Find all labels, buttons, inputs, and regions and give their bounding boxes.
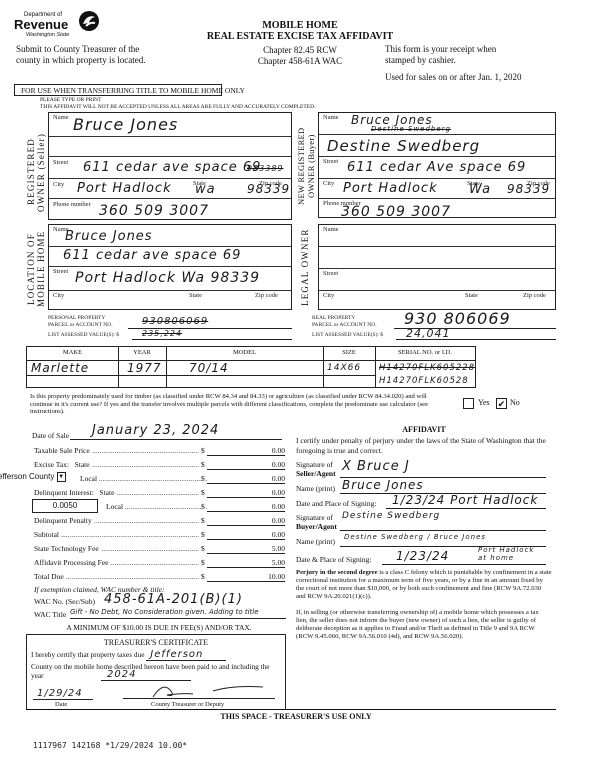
- legal-owner-state-label: State: [465, 292, 478, 299]
- serial-value[interactable]: H14270FLK60528: [379, 376, 469, 386]
- buyer-street-row[interactable]: Street 611 cedar Ave space 69: [319, 157, 555, 179]
- fee-value[interactable]: 10.00: [207, 572, 285, 582]
- seller-sig-label-2: Seller/Agent: [296, 469, 336, 478]
- col-year-header: YEAR: [118, 349, 166, 356]
- seller-street-row[interactable]: Street 611 cedar ave space 69 983389: [49, 157, 291, 179]
- fee-currency: $: [201, 516, 205, 525]
- col-make-header: MAKE: [27, 349, 118, 356]
- timber-question: Is this property predominately used for …: [30, 393, 435, 416]
- fee-value[interactable]: 0.00: [207, 460, 285, 470]
- treasurer-certificate: TREASURER'S CERTIFICATE I hereby certify…: [26, 634, 286, 710]
- fee-row-taxable-sale-price: ........................................…: [34, 444, 292, 458]
- treasurer-signature[interactable]: [123, 681, 275, 699]
- seller-city-row[interactable]: City Port Hadlock State wa Zip code 9833…: [49, 179, 291, 199]
- interest-rate-value: 0.0050: [53, 501, 77, 510]
- fee-currency: $: [201, 460, 205, 469]
- buyer-date-place-field[interactable]: 1/23/24 Port Hadlock at home: [382, 550, 546, 565]
- buyer-street-label: Street: [323, 158, 338, 165]
- seller-box: Name Bruce Jones Street 611 cedar ave sp…: [48, 112, 292, 220]
- fee-row-delinquent-penalty: ........................................…: [34, 514, 292, 528]
- perjury-bold: Perjury in the second degree: [296, 569, 378, 576]
- legal-owner-name-label: Name: [323, 226, 339, 233]
- col-size-header: SIZE: [323, 349, 375, 356]
- personal-assessed-label: LIST ASSESSED VALUE(S): $: [48, 332, 119, 338]
- seller-signature-value: X Bruce J: [342, 459, 410, 474]
- county-select-value: Jefferson County: [0, 472, 54, 481]
- location-box: Name Bruce Jones 611 cedar ave space 69 …: [48, 224, 292, 310]
- buyer-section-label: NEW REGISTERED OWNER (Buyer): [296, 112, 320, 220]
- date-of-sale-label: Date of Sale: [32, 431, 69, 440]
- seller-date-place-field[interactable]: 1/23/24 Port Hadlock: [386, 496, 546, 509]
- date-of-sale-value[interactable]: January 23, 2024: [92, 423, 219, 438]
- buyer-label-2: OWNER (Buyer): [306, 134, 316, 198]
- affidavit-title: AFFIDAVIT: [296, 425, 552, 434]
- fee-label: Local: [106, 502, 125, 511]
- real-parcel-label: PARCEL or ACCOUNT NO.: [312, 322, 377, 328]
- legal-owner-zip-label: Zip code: [523, 292, 546, 299]
- form-title-1: MOBILE HOME: [200, 20, 400, 31]
- treasurer-bottom-rule: [26, 709, 556, 710]
- location-state-label: State: [189, 292, 202, 299]
- treasurer-date-label: Date: [55, 701, 67, 708]
- seller-city-label: City: [53, 181, 64, 188]
- seller-name-row-2[interactable]: [49, 137, 291, 157]
- timber-no-checkbox[interactable]: ✔: [496, 398, 507, 409]
- location-section-label: LOCATION OF MOBILE HOME: [26, 226, 50, 312]
- seller-name-value[interactable]: Bruce Jones: [73, 115, 178, 134]
- timber-no-label: No: [510, 398, 520, 407]
- checkmark-icon: ✔: [498, 399, 506, 409]
- affidavit-certify: I certify under penalty of perjury under…: [296, 436, 552, 456]
- buyer-phone-value[interactable]: 360 509 3007: [341, 204, 451, 220]
- seller-street-value[interactable]: 611 cedar ave space 69: [83, 160, 261, 175]
- personal-property-label: PERSONAL PROPERTY: [48, 315, 105, 321]
- buyer-signature-row: Signature of Buyer/Agent Destine Swedber…: [296, 511, 552, 533]
- wac-title-row: WAC Title Gift - No Debt, No Considerati…: [34, 608, 290, 620]
- dor-swirl-logo-icon: [78, 10, 100, 32]
- fee-row-delinquent-interest-local: ........................................…: [106, 500, 292, 514]
- seller-name-row[interactable]: Name Bruce Jones: [49, 113, 291, 137]
- buyer-zip-value[interactable]: 98339: [507, 182, 550, 196]
- mobile-home-table: MAKE YEAR MODEL SIZE SERIAL NO. or I.D. …: [26, 346, 476, 388]
- seller-section-label: REGISTERED OWNER (Seller): [26, 112, 50, 232]
- fee-label: State Technology Fee: [34, 544, 101, 553]
- fee-currency: $: [201, 530, 205, 539]
- fee-currency: $: [201, 572, 205, 581]
- buyer-state-value[interactable]: Wa: [469, 182, 491, 197]
- seller-date-place-value[interactable]: 1/23/24 Port Hadlock: [392, 493, 538, 507]
- accept-note: THIS AFFIDAVIT WILL NOT BE ACCEPTED UNLE…: [40, 104, 315, 110]
- buyer-name-row[interactable]: Name Bruce Jones Destine Swedberg: [319, 113, 555, 135]
- receipt-note: This form is your receipt when stamped b…: [385, 44, 515, 66]
- buyer-signature-value: Destine Swedberg: [342, 511, 440, 521]
- serial-struck-value: H14270FLK605228: [379, 363, 475, 373]
- treasurer-date-value[interactable]: 1/29/24: [33, 688, 93, 700]
- fee-value[interactable]: 0.00: [207, 516, 285, 526]
- chapter-rcw: Chapter 82.45 RCW: [200, 45, 400, 55]
- buyer-box: Name Bruce Jones Destine Swedberg Destin…: [318, 112, 556, 218]
- buyer-phone-row[interactable]: Phone number 360 509 3007: [319, 199, 555, 219]
- location-city-row[interactable]: City State Zip code: [49, 291, 291, 311]
- interest-rate-field[interactable]: 0.0050: [32, 499, 98, 513]
- treasurer-use-only: THIS SPACE - TREASURER'S USE ONLY: [206, 712, 386, 721]
- seller-label-1: REGISTERED: [26, 139, 36, 206]
- seller-street-label: Street: [53, 159, 68, 166]
- treasurer-line-1: I hereby certify that property taxes due…: [31, 649, 281, 661]
- dor-logo-text-2: Revenue: [14, 17, 68, 32]
- fee-row-delinquent-interest-state: ........................................…: [34, 486, 292, 500]
- location-city-label: City: [53, 292, 64, 299]
- wac-no-value[interactable]: 458-61A-201(B)(1): [104, 592, 243, 607]
- fee-value[interactable]: 0.00: [207, 530, 285, 540]
- treasurer-title: TREASURER'S CERTIFICATE: [27, 638, 285, 647]
- personal-parcel-value: 930806069: [142, 316, 208, 327]
- seller-print-name-value[interactable]: Bruce Jones: [342, 478, 424, 492]
- fee-currency: $: [201, 502, 205, 511]
- personal-assessed-value: 235,224: [142, 329, 182, 338]
- signature-scribble-icon: [123, 681, 273, 699]
- fee-value[interactable]: 0.00: [207, 446, 285, 456]
- col-serial-header: SERIAL NO. or I.D.: [375, 349, 475, 356]
- chapter-wac: Chapter 458-61A WAC: [200, 56, 400, 66]
- fee-value[interactable]: 0.00: [207, 502, 285, 512]
- make-value[interactable]: Marlette: [31, 361, 89, 375]
- fee-label: Affidavit Processing Fee: [34, 558, 110, 567]
- seller-date-place-label: Date and Place of Signing:: [296, 499, 376, 508]
- lien-paragraph: If, in selling (or otherwise transferrin…: [296, 609, 552, 641]
- buyer-name-label: Name: [323, 114, 339, 121]
- wac-title-field[interactable]: Gift - No Debt, No Consideration given. …: [70, 608, 286, 619]
- buyer-city-label: City: [323, 180, 334, 187]
- fee-label: Excise Tax: State: [34, 460, 92, 469]
- buyer-name2-value[interactable]: Destine Swedberg: [327, 137, 480, 155]
- date-of-sale-row: Date of Sale January 23, 2024: [32, 426, 284, 442]
- legal-owner-city-row[interactable]: City State Zip code: [319, 291, 555, 311]
- legal-owner-name-row-2[interactable]: [319, 247, 555, 269]
- legal-owner-box: Name Street City State Zip code: [318, 224, 556, 310]
- use-when-banner: FOR USE WHEN TRANSFERRING TITLE TO MOBIL…: [14, 84, 222, 96]
- buyer-print-name-value[interactable]: Destine Swedberg / Bruce Jones: [344, 533, 486, 541]
- dor-logo-text-3: Washington State: [26, 32, 69, 38]
- date-of-sale-field[interactable]: January 23, 2024: [70, 426, 282, 440]
- minimum-note: A MINIMUM OF $10.00 IS DUE IN FEE(S) AND…: [34, 623, 284, 632]
- seller-date-place-row: Date and Place of Signing: 1/23/24 Port …: [296, 496, 552, 510]
- seller-signature-field[interactable]: X Bruce J: [340, 458, 546, 478]
- buyer-print-name-label: Name (print): [296, 537, 335, 546]
- buyer-sig-label-1: Signature of: [296, 513, 333, 522]
- buyer-city-row[interactable]: City Port Hadlock State Wa Zip code 9833…: [319, 179, 555, 199]
- wac-no-label: WAC No. (Sec/Sub): [34, 597, 95, 606]
- fee-currency: $: [201, 558, 205, 567]
- treasurer-year-value[interactable]: 2024: [101, 669, 191, 681]
- fee-currency: $: [201, 474, 205, 483]
- fee-label: Delinquent Interest: State: [34, 488, 116, 497]
- dor-logo: Department of Revenue Washington State: [14, 12, 94, 42]
- fee-currency: $: [201, 544, 205, 553]
- timber-yes-label: Yes: [478, 398, 490, 407]
- seller-phone-value[interactable]: 360 509 3007: [99, 203, 209, 219]
- legal-owner-city-label: City: [323, 292, 334, 299]
- real-assessed-field[interactable]: 24,041: [396, 330, 556, 340]
- location-name-row[interactable]: Name Bruce Jones: [49, 225, 291, 247]
- location-street-label: Street: [53, 268, 68, 275]
- fee-currency: $: [201, 488, 205, 497]
- seller-zip-struck: 983389: [247, 164, 284, 173]
- buyer-sig-label-2: Buyer/Agent: [296, 522, 337, 531]
- timber-yes-checkbox[interactable]: [463, 398, 474, 409]
- seller-phone-row[interactable]: Phone number 360 509 3007: [49, 199, 291, 221]
- col-model-header: MODEL: [166, 349, 323, 356]
- buyer-name-row-2[interactable]: Destine Swedberg: [319, 135, 555, 157]
- buyer-place-value[interactable]: Port Hadlock at home: [478, 546, 538, 562]
- receipt-stamp: 1117967 142168 *1/29/2024 10.00*: [33, 741, 187, 750]
- real-property-block: REAL PROPERTY PARCEL or ACCOUNT NO. 930 …: [312, 310, 558, 342]
- location-name-row-2[interactable]: 611 cedar ave space 69: [49, 247, 291, 267]
- buyer-signature-field[interactable]: Destine Swedberg: [340, 511, 546, 531]
- fee-label: Local: [80, 474, 99, 483]
- treasurer-signer-label: County Treasurer or Deputy: [151, 701, 224, 708]
- real-property-label: REAL PROPERTY: [312, 315, 355, 321]
- buyer-street-value[interactable]: 611 cedar Ave space 69: [347, 160, 526, 175]
- fee-currency: $: [201, 446, 205, 455]
- buyer-label-1: NEW REGISTERED: [296, 127, 306, 204]
- location-zip-label: Zip code: [255, 292, 278, 299]
- buyer-name-struck: Destine Swedberg: [371, 125, 451, 133]
- seller-print-name-label: Name (print): [296, 484, 335, 493]
- size-value[interactable]: 14X66: [327, 363, 361, 373]
- year-value[interactable]: 1977: [127, 361, 162, 375]
- real-assessed-label: LIST ASSESSED VALUE(S): $: [312, 332, 383, 338]
- location-label-2: MOBILE HOME: [36, 231, 46, 307]
- dropdown-arrow-icon[interactable]: ▼: [57, 472, 66, 482]
- fee-row-excise-local: ........................................…: [80, 472, 292, 486]
- legal-owner-street-label: Street: [323, 270, 338, 277]
- wac-title-label: WAC Title: [34, 610, 66, 619]
- fee-row-excise-state: ........................................…: [34, 458, 292, 472]
- fee-value[interactable]: 5.00: [207, 558, 285, 568]
- seller-zip-value[interactable]: 98339: [247, 182, 290, 196]
- personal-assessed-field[interactable]: 235,224: [132, 331, 292, 340]
- county-select[interactable]: Jefferson County ▼: [0, 472, 66, 482]
- used-for-note: Used for sales on or after Jan. 1, 2020: [385, 72, 565, 82]
- buyer-date-value[interactable]: 1/23/24: [396, 549, 449, 563]
- fee-label: Delinquent Penalty: [34, 516, 94, 525]
- use-when-text: FOR USE WHEN TRANSFERRING TITLE TO MOBIL…: [15, 85, 221, 95]
- legal-owner-name-row[interactable]: Name: [319, 225, 555, 247]
- treasurer-line-1-text: I hereby certify that property taxes due: [31, 650, 144, 659]
- seller-signature-row: Signature of Seller/Agent X Bruce J: [296, 458, 552, 480]
- seller-city-value[interactable]: Port Hadlock: [77, 181, 172, 196]
- perjury-paragraph: Perjury in the second degree is a class …: [296, 569, 552, 601]
- fee-row-state-technology-fee: ........................................…: [34, 542, 292, 556]
- buyer-date-place-label: Date & Place of Signing:: [296, 555, 371, 564]
- fee-value[interactable]: 0.00: [207, 488, 285, 498]
- personal-parcel-label: PARCEL or ACCOUNT NO.: [48, 322, 113, 328]
- seller-state-value[interactable]: wa: [195, 182, 216, 197]
- real-parcel-value[interactable]: 930 806069: [404, 309, 511, 328]
- fee-label: Total Due: [34, 572, 66, 581]
- legal-owner-street-row[interactable]: Street: [319, 269, 555, 291]
- wac-title-value[interactable]: Gift - No Debt, No Consideration given. …: [70, 608, 259, 616]
- buyer-date-place-row: Date & Place of Signing: 1/23/24 Port Ha…: [296, 550, 552, 566]
- fee-row-subtotal: ........................................…: [34, 528, 292, 542]
- fee-value[interactable]: 0.00: [207, 474, 285, 484]
- location-label-1: LOCATION OF: [26, 233, 36, 305]
- treasurer-county-value[interactable]: Jefferson: [146, 649, 226, 661]
- buyer-city-value[interactable]: Port Hadlock: [343, 181, 438, 196]
- submit-note: Submit to County Treasurer of the county…: [16, 44, 151, 66]
- location-name-value[interactable]: Bruce Jones: [65, 229, 153, 244]
- fee-row-total-due: ........................................…: [34, 570, 292, 584]
- fee-label: Taxable Sale Price: [34, 446, 92, 455]
- real-assessed-value[interactable]: 24,041: [406, 327, 451, 340]
- form-title-2: REAL ESTATE EXCISE TAX AFFIDAVIT: [170, 31, 430, 42]
- location-line3-value[interactable]: Port Hadlock Wa 98339: [75, 270, 260, 286]
- seller-label-2: OWNER (Seller): [36, 132, 46, 211]
- personal-property-block: PERSONAL PROPERTY PARCEL or ACCOUNT NO. …: [48, 314, 292, 342]
- personal-parcel-field[interactable]: 930806069: [128, 316, 292, 329]
- seller-name-label: Name: [53, 114, 69, 121]
- fee-label: Subtotal: [34, 530, 61, 539]
- type-note: PLEASE TYPE OR PRINT: [40, 97, 101, 103]
- fee-row-affidavit-processing-fee: ........................................…: [34, 556, 292, 570]
- seller-phone-label: Phone number: [53, 201, 91, 208]
- wac-no-row: WAC No. (Sec/Sub) 458-61A-201(B)(1): [34, 594, 284, 608]
- location-line2-value[interactable]: 611 cedar ave space 69: [63, 248, 241, 263]
- model-value[interactable]: 70/14: [189, 361, 229, 375]
- legal-owner-section-label: LEGAL OWNER: [300, 224, 314, 310]
- location-street-row[interactable]: Street Port Hadlock Wa 98339: [49, 267, 291, 291]
- fee-value[interactable]: 5.00: [207, 544, 285, 554]
- seller-sig-label-1: Signature of: [296, 460, 333, 469]
